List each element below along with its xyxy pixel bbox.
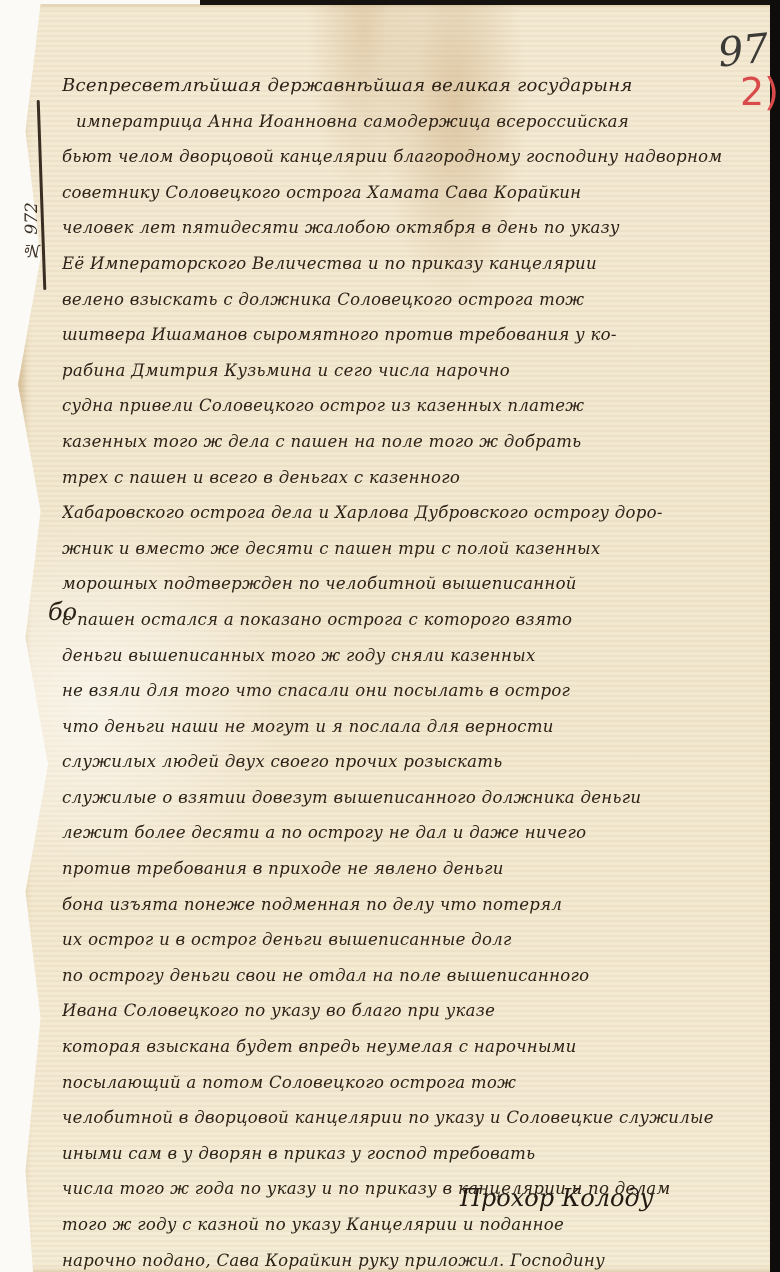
text-line: казенных того ж дела с пашен на поле тог… — [62, 424, 722, 460]
text-line: императрица Анна Иоанновна самодержица в… — [62, 104, 722, 140]
text-line: служилые о взятии довезут вышеписанного … — [62, 780, 722, 816]
scan-top-edge — [200, 0, 780, 5]
red-archival-mark: 2) — [740, 70, 779, 114]
text-line: посылающий а потом Соловецкого острога т… — [62, 1065, 722, 1101]
text-line: против требования в приходе не явлено де… — [62, 851, 722, 887]
text-line: шитвера Ишаманов сыромятного против треб… — [62, 317, 722, 353]
text-line: судна привели Соловецкого острог из казе… — [62, 388, 722, 424]
text-line: Её Императорского Величества и по приказ… — [62, 246, 722, 282]
text-line: бона изъята понеже подменная по делу что… — [62, 887, 722, 923]
scan-right-edge — [770, 0, 780, 1272]
text-line: морошных подтвержден по челобитной вышеп… — [62, 566, 722, 602]
signature: Прохор Колоду — [460, 1184, 654, 1212]
text-line: лежит более десяти а по острогу не дал и… — [62, 815, 722, 851]
text-line: не взяли для того что спасали они посыла… — [62, 673, 722, 709]
text-line: рабина Дмитрия Кузьмина и сего числа нар… — [62, 353, 722, 389]
text-line: трех с пашен и всего в деньгах с казенно… — [62, 460, 722, 496]
text-line: иными сам в у дворян в приказ у господ т… — [62, 1136, 722, 1172]
text-line: Ивана Соловецкого по указу во благо при … — [62, 993, 722, 1029]
text-line: деньги вышеписанных того ж году сняли ка… — [62, 638, 722, 674]
text-line: велено взыскать с должника Соловецкого о… — [62, 282, 722, 318]
text-line: Всепресветлѣйшая державнѣйшая великая го… — [62, 68, 722, 104]
text-line: жник и вместо же десяти с пашен три с по… — [62, 531, 722, 567]
text-line: того ж году с казной по указу Канцелярии… — [62, 1207, 722, 1243]
margin-note: № 972 — [22, 150, 46, 260]
manuscript-body: Всепресветлѣйшая державнѣйшая великая го… — [62, 68, 722, 1272]
text-line: челобитной в дворцовой канцелярии по ука… — [62, 1100, 722, 1136]
text-line: которая взыскана будет впредь неумелая с… — [62, 1029, 722, 1065]
text-line: бьют челом дворцовой канцелярии благород… — [62, 139, 722, 175]
text-line: советнику Соловецкого острога Хамата Сав… — [62, 175, 722, 211]
text-line: их острог и в острог деньги вышеписанные… — [62, 922, 722, 958]
text-line: нарочно подано, Сава Корайкин руку прило… — [62, 1243, 722, 1272]
text-line: с пашен остался а показано острога с кот… — [62, 602, 722, 638]
text-line: служилых людей двух своего прочих розыск… — [62, 744, 722, 780]
text-line: Хабаровского острога дела и Харлова Дубр… — [62, 495, 722, 531]
text-line: по острогу деньги свои не отдал на поле … — [62, 958, 722, 994]
text-line: человек лет пятидесяти жалобою октября в… — [62, 210, 722, 246]
text-line: что деньги наши не могут и я послала для… — [62, 709, 722, 745]
folio-number: 97 — [716, 25, 771, 76]
